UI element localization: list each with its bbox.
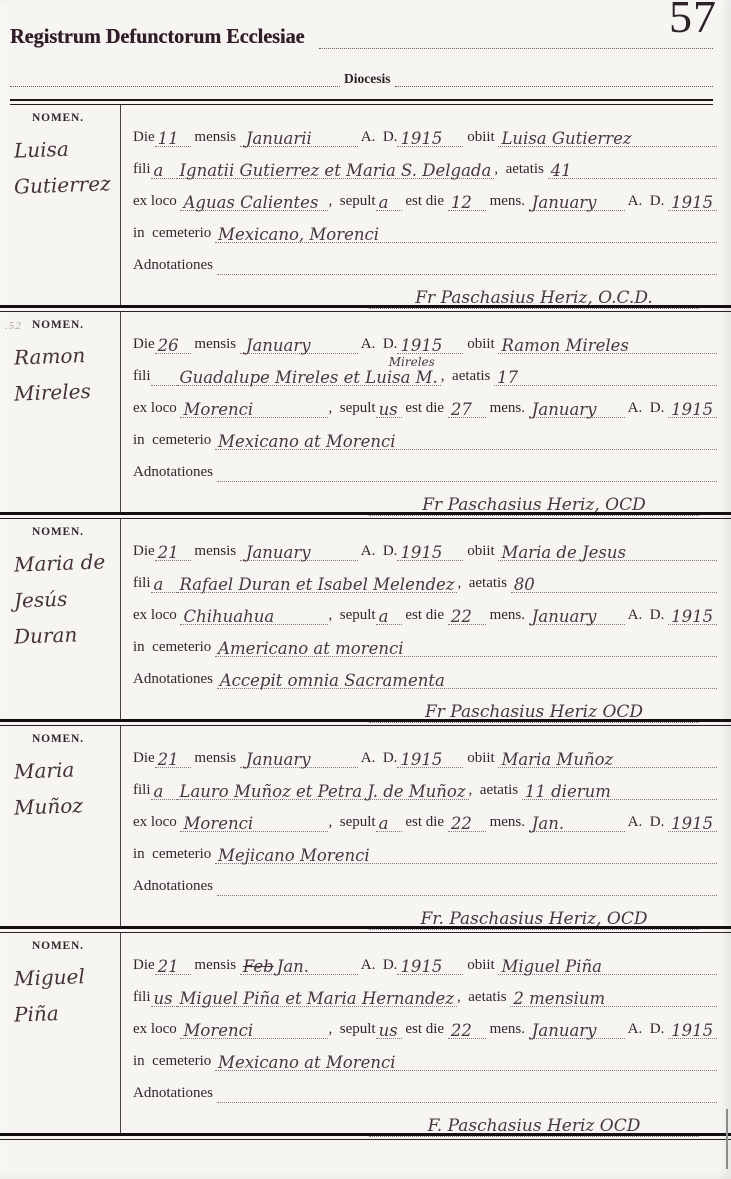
entry-body: Die 11 mensis Januarii A. D. 1915 obiit … xyxy=(121,105,731,305)
fili-label: fili xyxy=(133,782,151,800)
diocesis-rule-left xyxy=(10,84,340,87)
cemetery-value: Americano at morenci xyxy=(218,640,403,658)
burial-year-field: 1915 xyxy=(668,401,717,418)
parents-field: Guadalupe Mireles et Luisa M.Mireles xyxy=(177,369,441,386)
aetatis-value: 17 xyxy=(497,369,518,387)
ex-loco-field: Morenci xyxy=(180,815,328,832)
death-month-field: January xyxy=(240,751,358,768)
death-year-value: 1915 xyxy=(400,958,442,976)
decedent-name-line2: Jesús xyxy=(0,586,120,612)
parents-superscript: Mireles xyxy=(389,356,435,368)
ex-loco-label: ex loco xyxy=(133,1021,180,1039)
fili-suffix-field: a xyxy=(151,162,177,179)
mensis-label: mensis xyxy=(191,750,240,768)
decedent-field: Luisa Gutierrez xyxy=(498,130,717,147)
sepult-suffix-field: a xyxy=(376,194,402,211)
ex-loco-value: Chihuahua xyxy=(183,608,274,626)
decedent-name-line1: Luisa xyxy=(0,136,120,162)
mens-label: mens. xyxy=(486,1021,529,1039)
death-day-field: 21 xyxy=(155,544,191,561)
burial-day-value: 22 xyxy=(451,608,472,626)
burial-month-value: January xyxy=(532,1022,597,1040)
ex-loco-label: ex loco xyxy=(133,607,180,625)
cemetery-value: Mexicano at Morenci xyxy=(218,433,395,451)
pencil-mark: .52 xyxy=(5,320,22,332)
death-month-struck: Feb xyxy=(243,958,274,976)
aetatis-field: 2 mensium xyxy=(510,990,717,1007)
sepult-label: , sepult xyxy=(328,400,375,418)
death-day-field: 26 xyxy=(155,337,191,354)
scan-edge-artifact xyxy=(726,1109,728,1169)
mensis-label: mensis xyxy=(191,336,240,354)
death-year-field: 1915 xyxy=(397,337,463,354)
aetatis-field: 41 xyxy=(548,162,717,179)
mens-label: mens. xyxy=(486,193,529,211)
parents-line: fili a Lauro Muñoz et Petra J. de Muñoz … xyxy=(133,768,717,800)
mensis-label: mensis xyxy=(191,129,240,147)
death-year-value: 1915 xyxy=(400,130,442,148)
death-year-value: 1915 xyxy=(400,544,442,562)
annotations-line: Adnotationes Accepit omnia Sacramenta xyxy=(133,657,717,689)
aetatis-label: , aetatis xyxy=(457,989,510,1007)
sepult-label: , sepult xyxy=(328,814,375,832)
register-entry-4: NOMEN. Maria Muñoz Die 21 mensis January… xyxy=(0,726,731,926)
death-date-line: Die 21 mensis FebJan. A. D. 1915 obiit M… xyxy=(133,943,717,975)
burial-month-value: Jan. xyxy=(532,815,564,833)
cemetery-label: in cemeterio xyxy=(133,1053,215,1071)
cemetery-field: Mejicano Morenci xyxy=(215,847,717,864)
entry-margin: NOMEN. Luisa Gutierrez xyxy=(0,105,121,305)
decedent-name-line2: Muñoz xyxy=(0,793,120,819)
mensis-label: mensis xyxy=(191,957,240,975)
death-date-line: Die 11 mensis Januarii A. D. 1915 obiit … xyxy=(133,115,717,147)
page-footer-blank xyxy=(0,1140,731,1174)
signature-field: Fr. Paschasius Heriz, OCD xyxy=(369,910,699,930)
sepult-label: , sepult xyxy=(328,193,375,211)
burial-month-field: January xyxy=(529,401,625,418)
annotations-field: Accepit omnia Sacramenta xyxy=(217,672,717,689)
entry-margin: NOMEN. Maria Muñoz xyxy=(0,726,121,926)
est-die-label: est die xyxy=(402,400,448,418)
register-entry-3: NOMEN. Maria de Jesús Duran Die 21 mensi… xyxy=(0,519,731,719)
parents-line: fili a Rafael Duran et Isabel Melendez ,… xyxy=(133,561,717,593)
entry-body: Die 21 mensis January A. D. 1915 obiit M… xyxy=(121,726,731,926)
burial-year-field: 1915 xyxy=(668,608,717,625)
death-month-field: Januarii xyxy=(240,130,358,147)
death-year-value: 1915 xyxy=(400,751,442,769)
sepult-suffix-value: a xyxy=(379,194,389,212)
burial-day-field: 22 xyxy=(448,815,486,832)
register-entry-1: NOMEN. Luisa Gutierrez Die 11 mensis Jan… xyxy=(0,105,731,305)
death-month-field: January xyxy=(240,337,358,354)
sepult-suffix-value: us xyxy=(379,401,398,419)
fili-suffix-field: us xyxy=(151,990,177,1007)
priest-signature: Fr Paschasius Heriz, OCD xyxy=(422,495,646,515)
ad-label: A. D. xyxy=(358,543,398,561)
sepult-label: , sepult xyxy=(328,607,375,625)
burial-line: ex loco Aguas Calientes , sepult a est d… xyxy=(133,179,717,211)
parents-line: fili us Miguel Piña et Maria Hernandez ,… xyxy=(133,975,717,1007)
decedent-name-line3 xyxy=(0,208,120,212)
death-year-field: 1915 xyxy=(397,130,463,147)
ex-loco-value: Aguas Calientes xyxy=(183,194,318,212)
est-die-label: est die xyxy=(402,1021,448,1039)
burial-year-value: 1915 xyxy=(671,194,713,212)
burial-year-value: 1915 xyxy=(671,1022,713,1040)
annotations-line: Adnotationes xyxy=(133,1071,717,1103)
decedent-name-line1: Ramon xyxy=(0,343,120,369)
die-label: Die xyxy=(133,750,155,768)
decedent-value: Ramon Mireles xyxy=(501,337,628,355)
cemetery-label: in cemeterio xyxy=(133,639,215,657)
cemetery-line: in cemeterio Mexicano, Morenci xyxy=(133,211,717,243)
fili-suffix-value: us xyxy=(154,990,173,1008)
fili-suffix-field: a xyxy=(151,576,177,593)
annotations-field xyxy=(217,1102,717,1103)
signature-line: Fr. Paschasius Heriz, OCD xyxy=(133,896,717,930)
cemetery-label: in cemeterio xyxy=(133,846,215,864)
death-year-field: 1915 xyxy=(397,751,463,768)
burial-day-field: 12 xyxy=(448,194,486,211)
signature-line: F. Paschasius Heriz OCD xyxy=(133,1103,717,1137)
cemetery-line: in cemeterio Mejicano Morenci xyxy=(133,832,717,864)
burial-day-field: 27 xyxy=(448,401,486,418)
nomen-label: NOMEN. xyxy=(0,733,120,745)
signature-field: Fr Paschasius Heriz, OCD xyxy=(369,496,699,516)
entry-body: Die 26 mensis January A. D. 1915 obiit R… xyxy=(121,312,731,512)
aetatis-field: 11 dierum xyxy=(522,783,717,800)
sepult-label: , sepult xyxy=(328,1021,375,1039)
ad-label: A. D. xyxy=(358,750,398,768)
decedent-field: Maria Muñoz xyxy=(498,751,717,768)
burial-day-value: 22 xyxy=(451,815,472,833)
ad2-label: A. D. xyxy=(625,814,668,832)
priest-signature: Fr Paschasius Heriz OCD xyxy=(425,702,643,722)
fili-label: fili xyxy=(133,989,151,1007)
ad-label: A. D. xyxy=(358,336,398,354)
decedent-name-line1: Maria xyxy=(0,757,120,783)
burial-day-field: 22 xyxy=(448,1022,486,1039)
mens-label: mens. xyxy=(486,607,529,625)
death-date-line: Die 21 mensis January A. D. 1915 obiit M… xyxy=(133,529,717,561)
die-label: Die xyxy=(133,543,155,561)
annotations-label: Adnotationes xyxy=(133,671,217,689)
burial-year-value: 1915 xyxy=(671,608,713,626)
parents-line: fili a Ignatii Gutierrez et Maria S. Del… xyxy=(133,147,717,179)
annotations-label: Adnotationes xyxy=(133,878,217,896)
entry-body: Die 21 mensis January A. D. 1915 obiit M… xyxy=(121,519,731,719)
ex-loco-value: Morenci xyxy=(183,1022,253,1040)
parents-field: Lauro Muñoz et Petra J. de Muñoz xyxy=(177,783,469,800)
cemetery-value: Mexicano at Morenci xyxy=(218,1054,395,1072)
death-month-value: January xyxy=(246,751,311,769)
entry-margin: NOMEN. Miguel Piña xyxy=(0,933,121,1133)
ad-label: A. D. xyxy=(358,957,398,975)
nomen-label: NOMEN. xyxy=(0,112,120,124)
title-rule xyxy=(319,46,713,49)
parents-field: Miguel Piña et Maria Hernandez xyxy=(177,990,458,1007)
page-number: 57 xyxy=(669,0,717,43)
burial-line: ex loco Morenci , sepult us est die 22 m… xyxy=(133,1007,717,1039)
decedent-name-line2: Gutierrez xyxy=(0,172,120,198)
obiit-label: obiit xyxy=(463,129,498,147)
decedent-value: Maria de Jesus xyxy=(501,544,626,562)
annotations-line: Adnotationes xyxy=(133,864,717,896)
sepult-suffix-field: a xyxy=(376,815,402,832)
death-year-field: 1915 xyxy=(397,958,463,975)
mens-label: mens. xyxy=(486,400,529,418)
death-month-value: Januarii xyxy=(246,130,312,148)
cemetery-line: in cemeterio Mexicano at Morenci xyxy=(133,418,717,450)
nomen-label: NOMEN. xyxy=(0,940,120,952)
decedent-name-line3 xyxy=(0,1036,120,1040)
burial-day-value: 22 xyxy=(451,1022,472,1040)
sepult-suffix-field: us xyxy=(376,1022,402,1039)
priest-signature: Fr Paschasius Heriz, O.C.D. xyxy=(415,288,653,308)
burial-day-value: 27 xyxy=(451,401,472,419)
burial-year-value: 1915 xyxy=(671,401,713,419)
cemetery-label: in cemeterio xyxy=(133,225,215,243)
signature-field: Fr Paschasius Heriz OCD xyxy=(369,703,699,723)
ad2-label: A. D. xyxy=(625,400,668,418)
burial-month-value: January xyxy=(532,194,597,212)
ad2-label: A. D. xyxy=(625,1021,668,1039)
burial-month-value: January xyxy=(532,401,597,419)
burial-year-field: 1915 xyxy=(668,815,717,832)
death-month-field: January xyxy=(240,544,358,561)
decedent-name-line3 xyxy=(0,415,120,419)
ad-label: A. D. xyxy=(358,129,398,147)
die-label: Die xyxy=(133,129,155,147)
death-day-field: 11 xyxy=(155,130,191,147)
ad2-label: A. D. xyxy=(625,193,668,211)
priest-signature: Fr. Paschasius Heriz, OCD xyxy=(420,909,647,929)
parents-value: Ignatii Gutierrez et Maria S. Delgada xyxy=(180,162,492,180)
burial-day-value: 12 xyxy=(451,194,472,212)
death-year-value: 1915 xyxy=(400,337,442,355)
burial-line: ex loco Morenci , sepult a est die 22 me… xyxy=(133,800,717,832)
entry-body: Die 21 mensis FebJan. A. D. 1915 obiit M… xyxy=(121,933,731,1133)
decedent-value: Luisa Gutierrez xyxy=(501,130,631,148)
aetatis-label: , aetatis xyxy=(441,368,494,386)
decedent-field: Miguel Piña xyxy=(498,958,717,975)
fili-label: fili xyxy=(133,575,151,593)
death-day-value: 21 xyxy=(158,544,179,562)
page-header: Registrum Defunctorum Ecclesiae Diocesis xyxy=(0,0,731,105)
annotations-field xyxy=(217,895,717,896)
fili-suffix-value: a xyxy=(154,162,164,180)
decedent-name-line2: Mireles xyxy=(0,379,120,405)
sepult-suffix-value: a xyxy=(379,608,389,626)
death-month-field: FebJan. xyxy=(240,958,358,975)
death-year-field: 1915 xyxy=(397,544,463,561)
cemetery-field: Americano at morenci xyxy=(215,640,717,657)
death-month-value: January xyxy=(246,337,311,355)
burial-year-field: 1915 xyxy=(668,194,717,211)
burial-month-value: January xyxy=(532,608,597,626)
fili-label: fili xyxy=(133,161,151,179)
death-day-field: 21 xyxy=(155,958,191,975)
decedent-name-line1: Miguel xyxy=(0,964,120,990)
burial-year-field: 1915 xyxy=(668,1022,717,1039)
diocesis-label: Diocesis xyxy=(340,71,395,87)
annotations-value: Accepit omnia Sacramenta xyxy=(220,672,445,690)
mens-label: mens. xyxy=(486,814,529,832)
death-day-value: 11 xyxy=(158,130,179,148)
ex-loco-value: Morenci xyxy=(183,401,253,419)
cemetery-label: in cemeterio xyxy=(133,432,215,450)
entry-margin: NOMEN. Maria de Jesús Duran xyxy=(0,519,121,719)
annotations-line: Adnotationes xyxy=(133,243,717,275)
signature-line: Fr Paschasius Heriz, O.C.D. xyxy=(133,275,717,309)
decedent-name-line1: Maria de xyxy=(0,550,120,576)
parents-value: Lauro Muñoz et Petra J. de Muñoz xyxy=(180,783,466,801)
est-die-label: est die xyxy=(402,193,448,211)
est-die-label: est die xyxy=(402,607,448,625)
aetatis-value: 80 xyxy=(514,576,535,594)
cemetery-field: Mexicano at Morenci xyxy=(215,1054,717,1071)
burial-line: ex loco Chihuahua , sepult a est die 22 … xyxy=(133,593,717,625)
ad2-label: A. D. xyxy=(625,607,668,625)
death-day-value: 21 xyxy=(158,751,179,769)
obiit-label: obiit xyxy=(463,543,498,561)
cemetery-line: in cemeterio Americano at morenci xyxy=(133,625,717,657)
parents-value: Miguel Piña et Maria Hernandez xyxy=(180,990,455,1008)
aetatis-label: , aetatis xyxy=(494,161,547,179)
fili-suffix-field xyxy=(151,385,177,386)
sepult-suffix-field: us xyxy=(376,401,402,418)
diocesis-rule-right xyxy=(395,84,714,87)
burial-day-field: 22 xyxy=(448,608,486,625)
mensis-label: mensis xyxy=(191,543,240,561)
cemetery-line: in cemeterio Mexicano at Morenci xyxy=(133,1039,717,1071)
cemetery-value: Mejicano Morenci xyxy=(218,847,370,865)
register-entry-5: NOMEN. Miguel Piña Die 21 mensis FebJan.… xyxy=(0,933,731,1133)
aetatis-label: , aetatis xyxy=(469,782,522,800)
annotations-label: Adnotationes xyxy=(133,464,217,482)
burial-month-field: January xyxy=(529,194,625,211)
cemetery-field: Mexicano at Morenci xyxy=(215,433,717,450)
burial-line: ex loco Morenci , sepult us est die 27 m… xyxy=(133,386,717,418)
sepult-suffix-value: us xyxy=(379,1022,398,1040)
decedent-value: Maria Muñoz xyxy=(501,751,613,769)
obiit-label: obiit xyxy=(463,957,498,975)
signature-line: Fr Paschasius Heriz OCD xyxy=(133,689,717,723)
est-die-label: est die xyxy=(402,814,448,832)
nomen-label: NOMEN. xyxy=(0,526,120,538)
decedent-name-line3: Duran xyxy=(0,622,120,648)
register-page: 57 Registrum Defunctorum Ecclesiae Dioce… xyxy=(0,0,731,1179)
death-month-value: Jan. xyxy=(277,958,309,976)
death-day-field: 21 xyxy=(155,751,191,768)
death-day-value: 26 xyxy=(158,337,179,355)
decedent-name-line2: Piña xyxy=(0,1000,120,1026)
signature-field: F. Paschasius Heriz OCD xyxy=(369,1117,699,1137)
burial-year-value: 1915 xyxy=(671,815,713,833)
register-entry-2: .52 NOMEN. Ramon Mireles Die 26 mensis J… xyxy=(0,312,731,512)
aetatis-value: 41 xyxy=(551,162,572,180)
ex-loco-field: Morenci xyxy=(180,1022,328,1039)
parents-value: Guadalupe Mireles et Luisa M. xyxy=(180,369,438,387)
page-title: Registrum Defunctorum Ecclesiae xyxy=(10,24,304,49)
aetatis-label: , aetatis xyxy=(457,575,510,593)
cemetery-value: Mexicano, Morenci xyxy=(218,226,379,244)
ex-loco-label: ex loco xyxy=(133,814,180,832)
decedent-value: Miguel Piña xyxy=(501,958,602,976)
ex-loco-field: Morenci xyxy=(180,401,328,418)
aetatis-field: 80 xyxy=(511,576,717,593)
death-day-value: 21 xyxy=(158,958,179,976)
decedent-field: Ramon Mireles xyxy=(498,337,717,354)
annotations-field xyxy=(217,481,717,482)
parents-value: Rafael Duran et Isabel Melendez xyxy=(180,576,455,594)
parents-field: Ignatii Gutierrez et Maria S. Delgada xyxy=(177,162,495,179)
annotations-label: Adnotationes xyxy=(133,1085,217,1103)
parents-field: Rafael Duran et Isabel Melendez xyxy=(177,576,458,593)
entry-margin: .52 NOMEN. Ramon Mireles xyxy=(0,312,121,512)
death-date-line: Die 26 mensis January A. D. 1915 obiit R… xyxy=(133,322,717,354)
aetatis-value: 2 mensium xyxy=(513,990,605,1008)
annotations-label: Adnotationes xyxy=(133,257,217,275)
fili-suffix-field: a xyxy=(151,783,177,800)
cemetery-field: Mexicano, Morenci xyxy=(215,226,717,243)
death-month-value: January xyxy=(246,544,311,562)
burial-month-field: January xyxy=(529,608,625,625)
fili-label: fili xyxy=(133,368,151,386)
signature-line: Fr Paschasius Heriz, OCD xyxy=(133,482,717,516)
sepult-suffix-field: a xyxy=(376,608,402,625)
annotations-line: Adnotationes xyxy=(133,450,717,482)
ex-loco-field: Chihuahua xyxy=(180,608,328,625)
burial-month-field: Jan. xyxy=(529,815,625,832)
annotations-field xyxy=(217,274,717,275)
die-label: Die xyxy=(133,336,155,354)
obiit-label: obiit xyxy=(463,336,498,354)
fili-suffix-value: a xyxy=(154,576,164,594)
priest-signature: F. Paschasius Heriz OCD xyxy=(428,1116,641,1136)
sepult-suffix-value: a xyxy=(379,815,389,833)
aetatis-field: 17 xyxy=(494,369,717,386)
die-label: Die xyxy=(133,957,155,975)
signature-field: Fr Paschasius Heriz, O.C.D. xyxy=(369,289,699,309)
ex-loco-field: Aguas Calientes xyxy=(180,194,328,211)
ex-loco-value: Morenci xyxy=(183,815,253,833)
decedent-field: Maria de Jesus xyxy=(498,544,717,561)
fili-suffix-value: a xyxy=(154,783,164,801)
ex-loco-label: ex loco xyxy=(133,400,180,418)
death-date-line: Die 21 mensis January A. D. 1915 obiit M… xyxy=(133,736,717,768)
ex-loco-label: ex loco xyxy=(133,193,180,211)
parents-line: fili Guadalupe Mireles et Luisa M.Mirele… xyxy=(133,354,717,386)
obiit-label: obiit xyxy=(463,750,498,768)
aetatis-value: 11 dierum xyxy=(525,783,611,801)
burial-month-field: January xyxy=(529,1022,625,1039)
decedent-name-line3 xyxy=(0,829,120,833)
